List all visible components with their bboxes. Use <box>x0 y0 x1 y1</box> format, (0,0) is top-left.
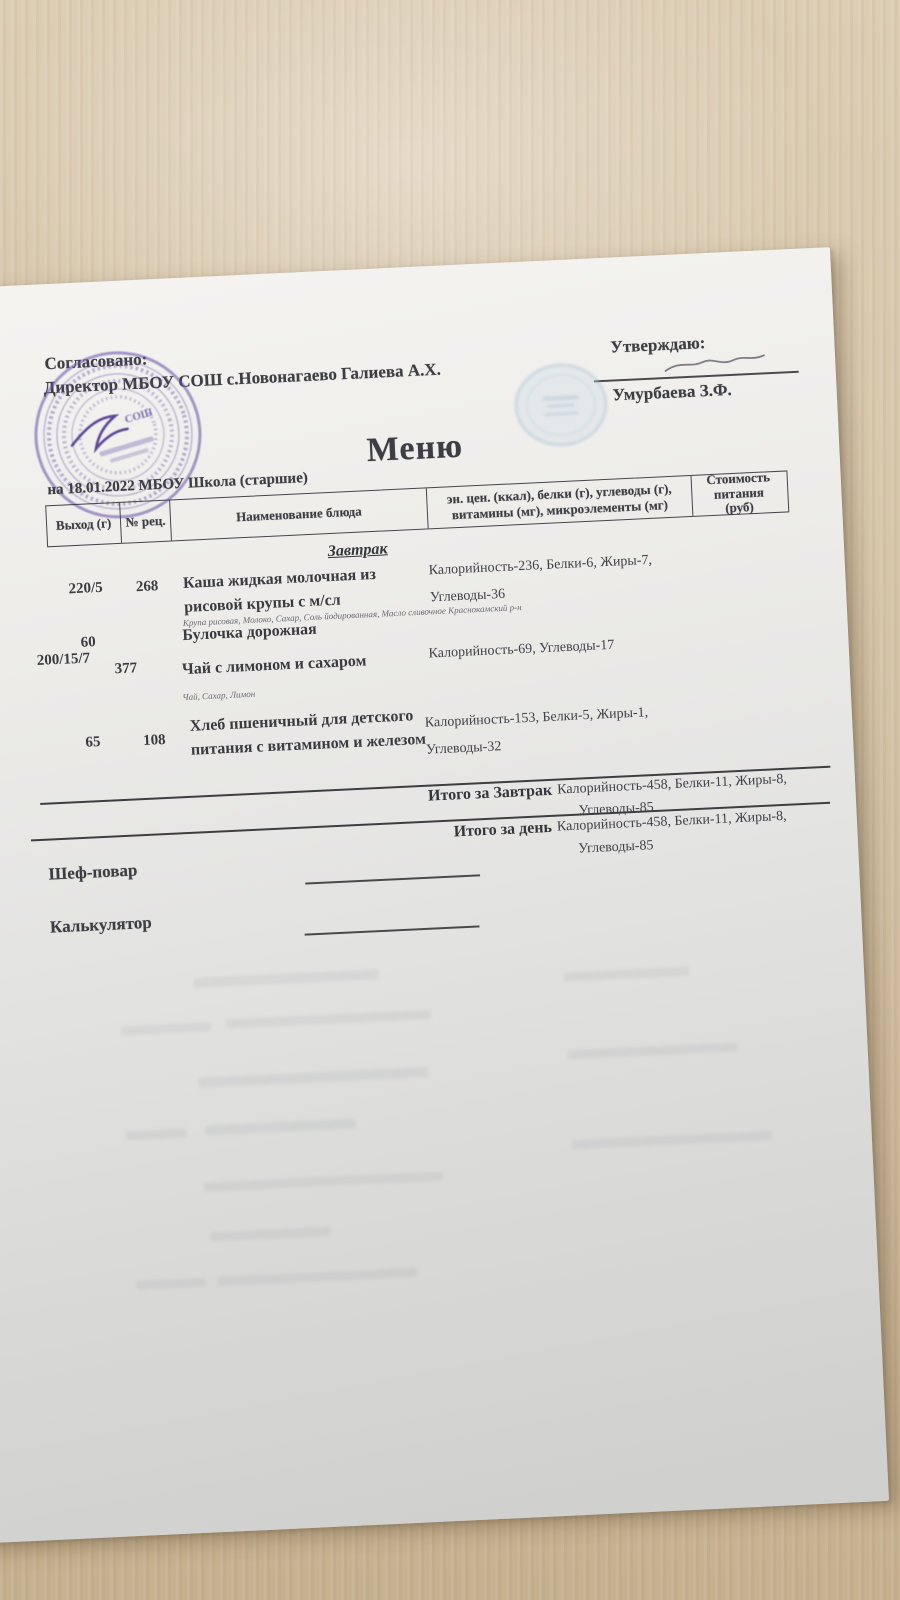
bleedthrough-text <box>126 1128 186 1140</box>
dish-recipe-no: 377 <box>101 660 152 679</box>
dish-nutrition: Калорийность-153, Белки-5, Жиры-1, Углев… <box>424 698 668 763</box>
dish-name: Чай с лимоном и сахаром <box>182 646 443 682</box>
bleedthrough-text <box>218 1268 418 1286</box>
page-title: Меню <box>264 423 565 475</box>
bleedthrough-text <box>211 1227 331 1242</box>
header-recipe-no: № рец. <box>119 501 171 543</box>
desk-photo: { "document": { "agreed_label": "Согласо… <box>0 0 900 1600</box>
dish-output: 65 <box>56 733 130 753</box>
bleedthrough-text <box>206 1118 356 1135</box>
seal-center-text: СОШ <box>123 406 154 426</box>
bleedthrough-text <box>564 967 689 982</box>
approved-by-name: Умурбаева З.Ф. <box>612 380 732 406</box>
bleedthrough-text <box>194 969 379 988</box>
dish-name: Хлеб пшеничный для детского питания с ви… <box>189 703 446 763</box>
bleedthrough-text <box>567 1042 737 1059</box>
dish-ingredients: Чай, Сахар, Лимон <box>182 689 255 702</box>
chef-label: Шеф-повар <box>48 860 138 884</box>
dish-recipe-no: 268 <box>122 578 173 597</box>
bleedthrough-text <box>136 1278 206 1290</box>
dish-nutrition: Калорийность-236, Белки-6, Жиры-7, Углев… <box>428 546 678 612</box>
bleedthrough-text <box>572 1131 772 1149</box>
dish-output: 200/15/7 <box>34 648 93 672</box>
calculator-label: Калькулятор <box>50 913 153 938</box>
dish-recipe-no: 108 <box>129 731 180 750</box>
dish-output: 220/5 <box>49 579 123 599</box>
menu-document-paper: Согласовано: Директор МБОУ СОШ с.Новонаг… <box>0 247 889 1548</box>
header-output: Выход (г) <box>46 503 121 546</box>
total-day-nutrition-2: Углеводы-85 <box>516 833 717 862</box>
dish-nutrition: Калорийность-69, Углеводы-17 <box>428 628 699 668</box>
bleedthrough-text <box>203 1171 443 1191</box>
calculator-signature-line <box>305 925 480 935</box>
header-cost: Стоимость питания (руб) <box>691 472 787 516</box>
header-nutrition: эн. цен. (ккал), белки (г), углеводы (г)… <box>426 476 693 528</box>
bleedthrough-text <box>226 1010 431 1029</box>
chef-signature-line <box>305 874 480 884</box>
bleedthrough-text <box>198 1067 428 1088</box>
bleedthrough-text <box>121 1022 211 1035</box>
